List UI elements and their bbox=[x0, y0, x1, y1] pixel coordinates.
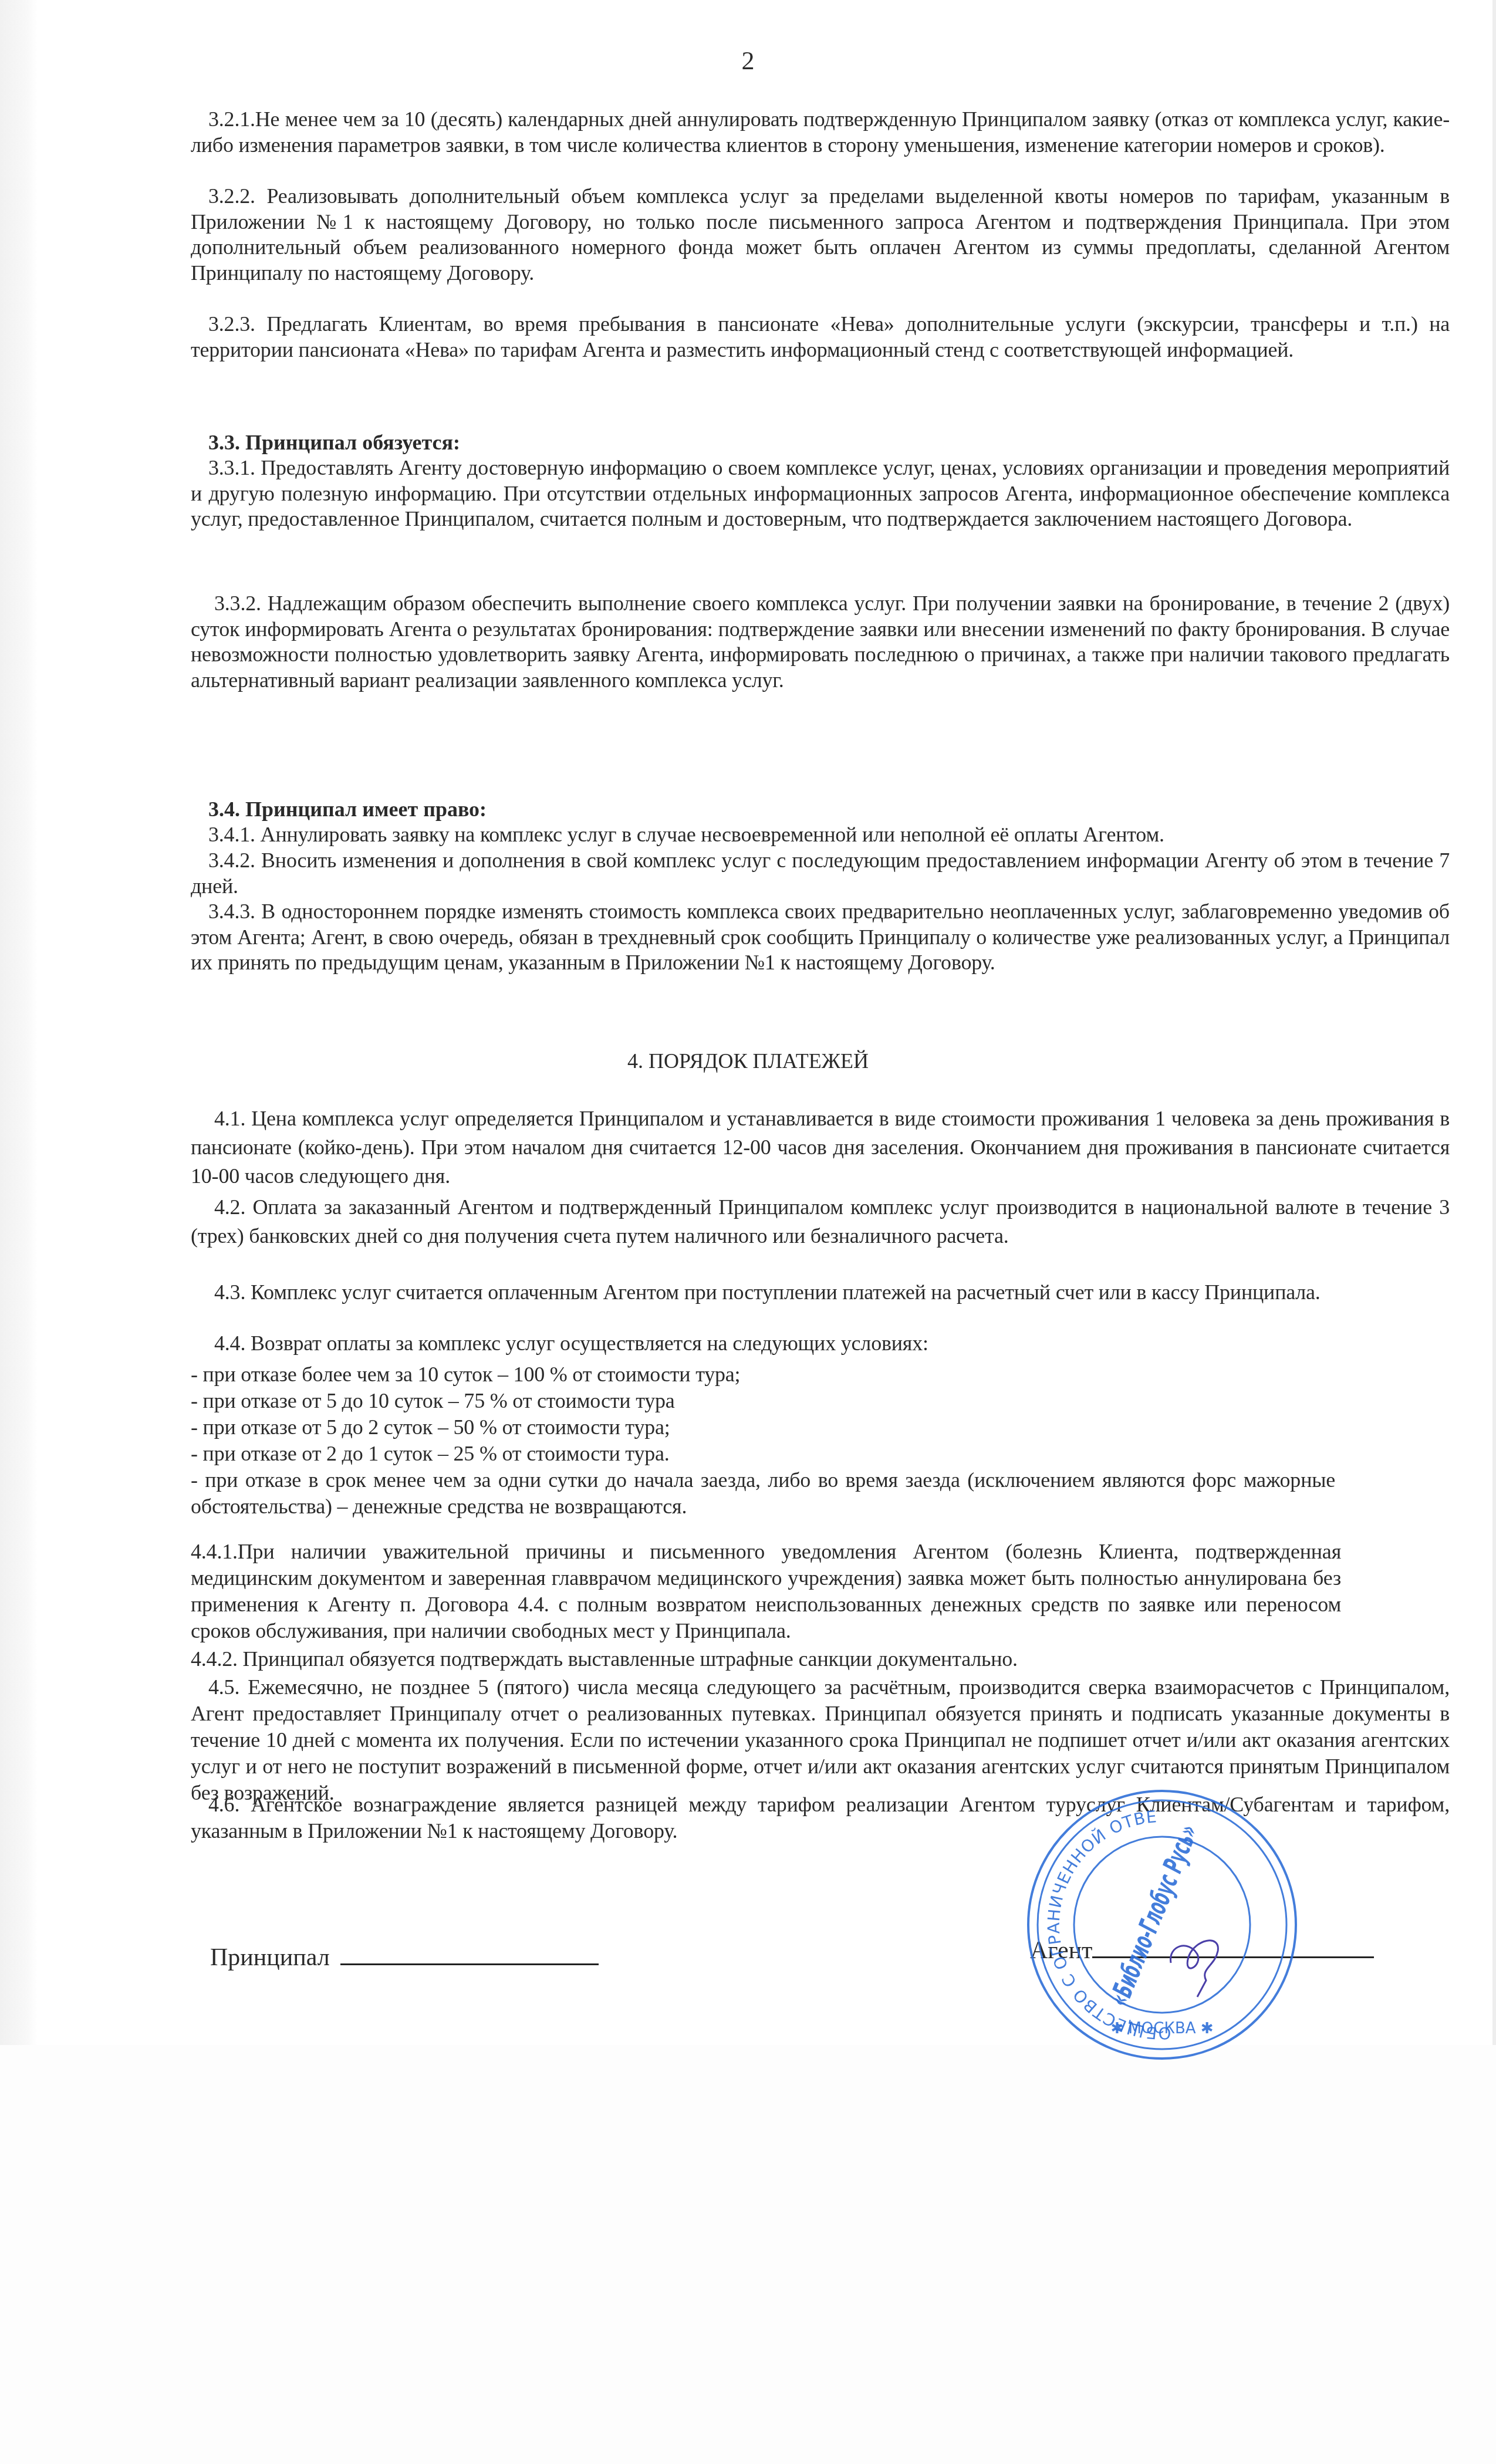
heading-3-3: 3.3. Принципал обязуется: bbox=[208, 430, 460, 455]
company-stamp-icon: ОБЩЕСТВО С ОГРАНИЧЕННОЙ ОТВЕТСТВЕННОСТЬЮ… bbox=[1024, 1787, 1300, 2063]
clause-3-4-1: 3.4.1. Аннулировать заявку на комплекс у… bbox=[191, 822, 1450, 848]
clause-3-3-2: 3.3.2. Надлежащим образом обеспечить вып… bbox=[191, 591, 1450, 693]
clause-3-3-1: 3.3.1. Предоставлять Агенту достоверную … bbox=[191, 455, 1450, 532]
clause-4-4-2: 4.4.2. Принципал обязуется подтверждать … bbox=[191, 1647, 1450, 1672]
heading-3-4: 3.4. Принципал имеет право: bbox=[208, 797, 487, 822]
refund-conditions-list: - при отказе более чем за 10 суток – 100… bbox=[191, 1361, 1450, 1520]
principal-signature-block: Принципал bbox=[210, 1944, 599, 1972]
page-number: 2 bbox=[0, 46, 1496, 76]
clause-3-2-2: 3.2.2. Реализовывать дополнительный объе… bbox=[191, 184, 1450, 286]
refund-condition: - при отказе в срок менее чем за одни су… bbox=[191, 1467, 1335, 1520]
refund-condition: - при отказе от 2 до 1 суток – 25 % от с… bbox=[191, 1441, 1450, 1467]
principal-label: Принципал bbox=[210, 1944, 330, 1971]
handwritten-signature-icon bbox=[1165, 1922, 1230, 1998]
clause-4-4-1: 4.4.1.При наличии уважительной причины и… bbox=[191, 1539, 1341, 1644]
scan-edge-right bbox=[1492, 0, 1496, 2045]
clause-3-2-1: 3.2.1.Не менее чем за 10 (десять) календ… bbox=[191, 107, 1450, 158]
clause-4-2: 4.2. Оплата за заказанный Агентом и подт… bbox=[191, 1193, 1450, 1250]
clause-3-4-2: 3.4.2. Вносить изменения и дополнения в … bbox=[191, 848, 1450, 899]
stamp-bottom-text: ✱ МОСКВА ✱ bbox=[1110, 2020, 1213, 2037]
refund-condition: - при отказе от 5 до 2 суток – 50 % от с… bbox=[191, 1414, 1450, 1441]
section-4-title: 4. ПОРЯДОК ПЛАТЕЖЕЙ bbox=[0, 1049, 1496, 1073]
scan-edge-left bbox=[0, 0, 38, 2045]
refund-condition: - при отказе более чем за 10 суток – 100… bbox=[191, 1361, 1450, 1388]
principal-signature-line bbox=[340, 1963, 599, 1965]
clause-4-3: 4.3. Комплекс услуг считается оплаченным… bbox=[191, 1278, 1450, 1307]
scanned-page: 2 3.2.1.Не менее чем за 10 (десять) кале… bbox=[0, 0, 1496, 2045]
refund-condition: - при отказе от 5 до 10 суток – 75 % от … bbox=[191, 1388, 1450, 1414]
clause-4-4: 4.4. Возврат оплаты за комплекс услуг ос… bbox=[191, 1331, 1450, 1357]
clause-3-2-3: 3.2.3. Предлагать Клиентам, во время пре… bbox=[191, 312, 1450, 363]
clause-4-1: 4.1. Цена комплекса услуг определяется П… bbox=[191, 1104, 1450, 1191]
clause-3-4-3: 3.4.3. В одностороннем порядке изменять … bbox=[191, 899, 1450, 976]
